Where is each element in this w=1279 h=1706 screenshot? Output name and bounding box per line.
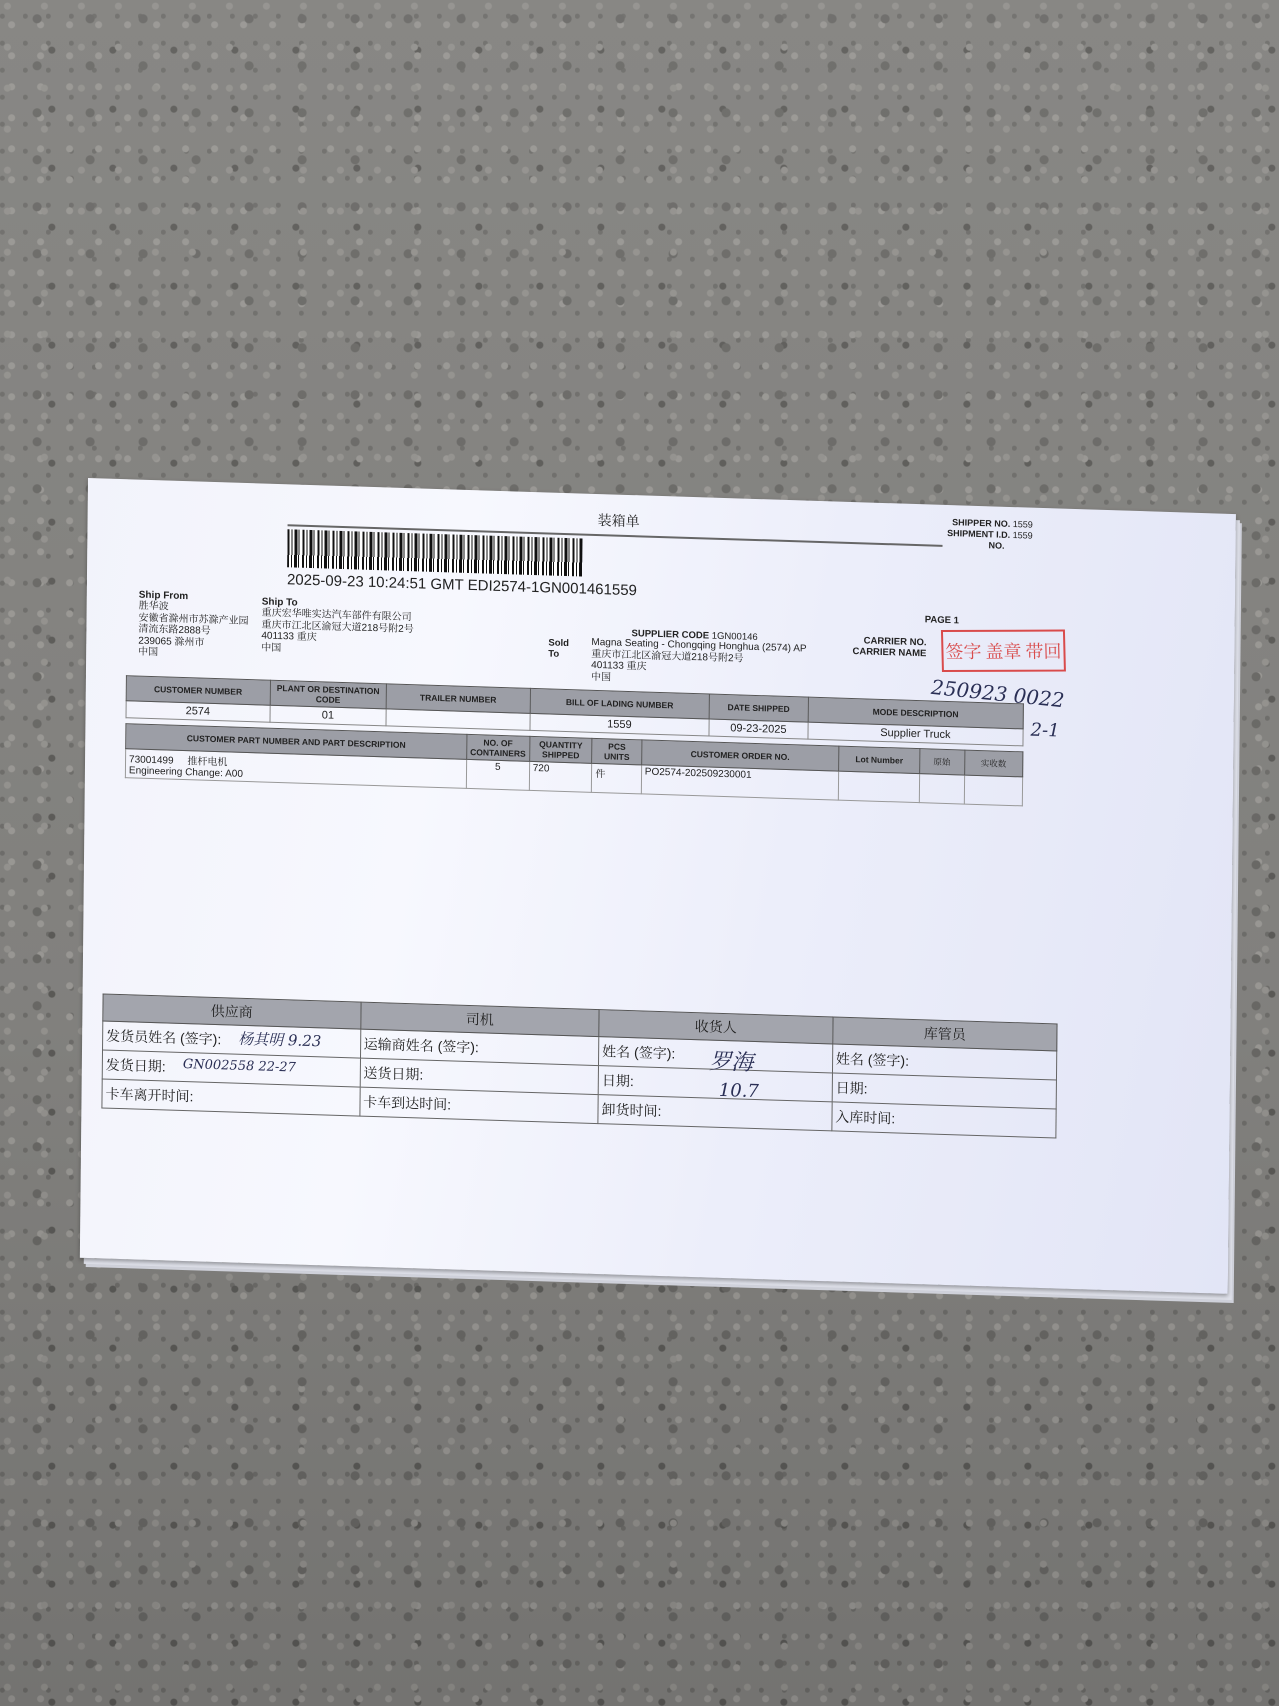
packing-list-document: 装箱单 2025-09-23 10:24:51 GMT EDI2574-1GN0…	[80, 478, 1236, 1294]
address-line: 中国	[138, 647, 248, 662]
quantity-shipped: 720	[529, 761, 592, 792]
handwritten-signature: 杨其明 9.23	[238, 1028, 321, 1052]
sold-label: Sold	[548, 637, 569, 649]
ship-from-block: Ship From 胜华波 安徽省滁州市苏滁产业园 清流东路2888号 2390…	[138, 590, 249, 662]
field-label: 卡车离开时间:	[105, 1086, 193, 1105]
timestamp-line: 2025-09-23 10:24:51 GMT EDI2574-1GN00146…	[287, 571, 637, 599]
pcs-units: 件	[592, 763, 642, 794]
header-date-shipped: DATE SHIPPED	[709, 694, 808, 722]
field-label: 姓名 (签字):	[602, 1043, 675, 1061]
shipment-id-label: SHIPMENT I.D.	[947, 528, 1010, 540]
ship-to-block: Ship To 重庆宏华唯实达汽车部件有限公司 重庆市江北区渝冠大道218号附2…	[261, 596, 414, 658]
header-received: 实收数	[964, 750, 1023, 777]
carrier-name-label: CARRIER NAME	[846, 646, 926, 660]
lot-number	[838, 771, 919, 803]
containers: 5	[466, 759, 529, 790]
shipper-no-label: SHIPPER NO.	[952, 517, 1010, 529]
field-label: 送货日期:	[363, 1065, 423, 1083]
field-label: 发货日期:	[106, 1057, 166, 1075]
header-plant-code: PLANT OR DESTINATION CODE	[270, 680, 387, 709]
original-qty	[919, 774, 964, 804]
handwritten-page: 2-1	[1031, 720, 1060, 742]
field-label: 入库时间:	[835, 1109, 895, 1127]
customer-number: 2574	[126, 701, 270, 723]
date-shipped: 09-23-2025	[709, 719, 808, 739]
ship-from-address: 胜华波 安徽省滁州市苏滁产业园 清流东路2888号 239065 滁州市 中国	[138, 601, 249, 662]
trailer-number	[386, 709, 530, 731]
storage-time-cell[interactable]: 入库时间:	[832, 1102, 1056, 1138]
header-units: PCS UNITS	[592, 738, 642, 765]
truck-arrive-cell[interactable]: 卡车到达时间:	[359, 1087, 598, 1123]
received-qty	[964, 775, 1023, 806]
sold-to-label: Sold To	[548, 637, 569, 660]
field-label: 卡车到达时间:	[363, 1094, 451, 1113]
to-label: To	[548, 648, 569, 660]
header-lot-number: Lot Number	[839, 746, 920, 774]
handwritten-date: GN002558 22-27	[183, 1057, 296, 1076]
document-title: 装箱单	[598, 510, 640, 531]
field-label: 发货员姓名 (签字):	[106, 1028, 221, 1048]
header-original: 原始	[919, 749, 964, 775]
signature-table: 供应商 司机 收货人 库管员 发货员姓名 (签字):杨其明 9.23 运输商姓名…	[101, 993, 1057, 1138]
shipment-id-value: 1559	[1013, 530, 1033, 541]
plant-code: 01	[270, 705, 387, 726]
engineering-change: Engineering Change: A00	[129, 765, 243, 780]
field-label: 日期:	[602, 1072, 634, 1089]
field-label: 卸货时间:	[602, 1101, 662, 1119]
stamp-text: 签字	[945, 638, 982, 664]
field-label: 姓名 (签字):	[836, 1051, 909, 1069]
shipper-no-value: 1559	[1013, 519, 1033, 530]
sold-to-address: Magna Seating - Chongqing Honghua (2574)…	[591, 637, 807, 690]
header-containers: NO. OF CONTAINERS	[467, 734, 530, 761]
barcode	[287, 529, 582, 576]
page-number: PAGE 1	[925, 614, 959, 626]
customer-order-no: PO2574-202509230001	[641, 765, 839, 800]
carrier-labels: CARRIER NO. CARRIER NAME	[846, 635, 926, 660]
header-quantity: QUANTITY SHIPPED	[529, 736, 592, 763]
ship-to-address: 重庆宏华唯实达汽车部件有限公司 重庆市江北区渝冠大道218号附2号 401133…	[261, 607, 414, 658]
field-label: 日期:	[836, 1080, 868, 1097]
stamp-text: 带回	[1025, 638, 1062, 664]
shipper-info: SHIPPER NO. 1559 SHIPMENT I.D. 1559 NO.	[877, 515, 1032, 553]
unload-time-cell[interactable]: 卸货时间:	[598, 1095, 832, 1131]
stamp-text: 盖章	[985, 638, 1022, 664]
red-stamp: 签字 盖章 带回	[941, 630, 1066, 672]
field-label: 运输商姓名 (签字):	[364, 1036, 479, 1056]
